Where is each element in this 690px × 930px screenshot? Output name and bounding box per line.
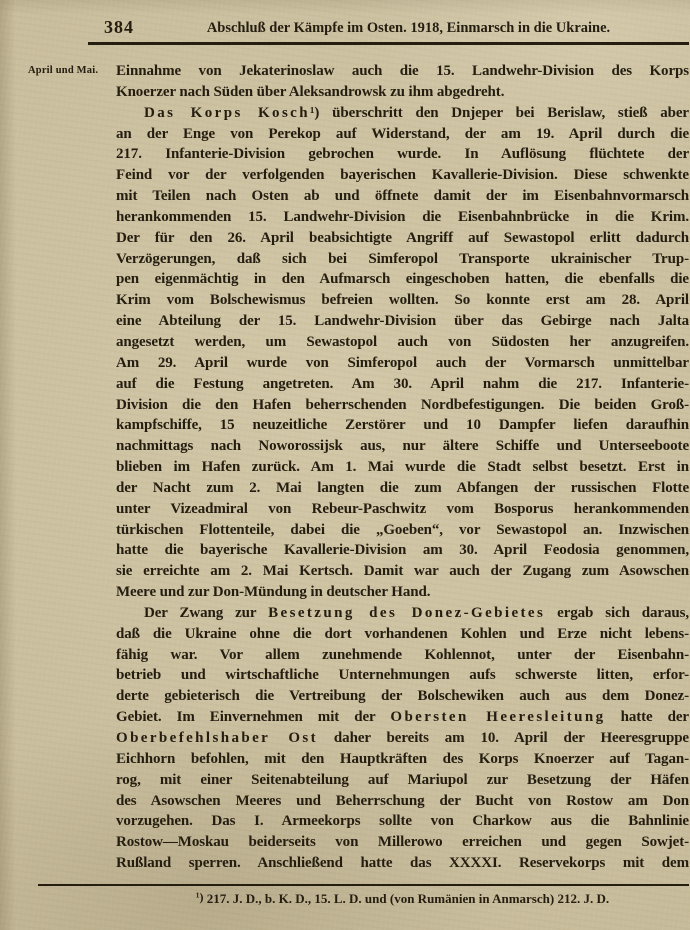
text-line: Eichhorn befohlen, mit den Hauptkräften … — [116, 751, 689, 772]
page-header: 384 Abschluß der Kämpfe im Osten. 1918, … — [88, 17, 689, 41]
text-line: fähig war. Vor allem zunehmende Kohlenno… — [116, 647, 689, 668]
footnote-marker: ¹) — [196, 890, 204, 904]
text-line: Krim vom Bolschewismus befreien wollten.… — [116, 292, 689, 313]
text-line: kampfschiffe, 15 neuzeitliche Zerstörer … — [116, 417, 689, 438]
margin-note: April und Mai. — [28, 65, 118, 76]
emphasized-text: Das Korps Kosch — [144, 105, 310, 121]
text-line: angesetzt werden, um Sewastopol auch von… — [116, 334, 689, 355]
text-line: auf die Festung angetreten. Am 30. April… — [116, 376, 689, 397]
text-line: sie erreichte am 2. Mai Kertsch. Damit w… — [116, 563, 689, 584]
text-line: pen eigenmächtig in den Aufmarsch einges… — [116, 271, 689, 292]
text-line: Rostow—Moskau beiderseits von Millerowo … — [116, 834, 689, 855]
text-line: mit Teilen nach Osten ab und öffnete dam… — [116, 188, 689, 209]
emphasized-text: Oberbefehlshaber Ost — [116, 730, 318, 746]
text-line: Knoerzer nach Süden über Aleksandrowsk z… — [116, 84, 689, 105]
text-line: Meere und zur Don-Mündung in deutscher H… — [116, 584, 689, 605]
emphasized-text: Obersten Heeresleitung — [390, 709, 605, 725]
footnote-text: 217. J. D., b. K. D., 15. L. D. und (von… — [207, 891, 609, 906]
text-line: unter Vizeadmiral von Rebeur-Paschwitz v… — [116, 501, 689, 522]
text-line: Das Korps Kosch¹) überschritt den Dnjepe… — [116, 105, 689, 126]
text-line: herankommenden 15. Landwehr-Division die… — [116, 209, 689, 230]
running-header: Abschluß der Kämpfe im Osten. 1918, Einm… — [148, 20, 669, 37]
text-line: betrieb und wirtschaftliche Unternehmung… — [116, 667, 689, 688]
text-line: Der für den 26. April beabsichtigte Angr… — [116, 230, 689, 251]
text-line: daß die Ukraine ohne die dort vorhandene… — [116, 626, 689, 647]
text-line: Verzögerungen, daß sich bei Simferopol T… — [116, 251, 689, 272]
text-line: Rußland sperren. Anschließend hatte das … — [116, 855, 689, 876]
footnote-rule — [38, 884, 689, 886]
book-page: 384 Abschluß der Kämpfe im Osten. 1918, … — [0, 0, 690, 930]
text-line: blieben im Hafen zurück. Am 1. Mai wurde… — [116, 459, 689, 480]
text-line: an der Enge von Perekop auf Widerstand, … — [116, 126, 689, 147]
header-rule — [88, 42, 689, 45]
text-line: Am 29. April wurde von Simferopol auch d… — [116, 355, 689, 376]
page-number: 384 — [104, 17, 134, 38]
body-text: Einnahme von Jekaterinoslaw auch die 15.… — [116, 63, 689, 876]
emphasized-text: Besetzung des Donez-Gebietes — [268, 605, 545, 621]
text-line: Der Zwang zur Besetzung des Donez-Gebiet… — [116, 605, 689, 626]
text-line: rog, mit einer Seitenabteilung auf Mariu… — [116, 772, 689, 793]
footnote: ¹) 217. J. D., b. K. D., 15. L. D. und (… — [116, 890, 689, 907]
text-line: der Nacht zum 2. Mai langten die zum Abf… — [116, 480, 689, 501]
text-line: vorzugehen. Das I. Armeekorps sollte von… — [116, 813, 689, 834]
text-line: Feind vor der verfolgenden bayerischen K… — [116, 167, 689, 188]
text-line: nachmittags nach Noworossijsk aus, nur ä… — [116, 438, 689, 459]
text-line: Division die den Hafen beherrschenden No… — [116, 397, 689, 418]
text-line: des Asowschen Meeres und Beherrschung de… — [116, 793, 689, 814]
text-line: eine Abteilung der 15. Landwehr-Division… — [116, 313, 689, 334]
text-line: türkischen Flottenteile, dabei die „Goeb… — [116, 522, 689, 543]
text-line: derte gebieterisch die Vertreibung der B… — [116, 688, 689, 709]
text-line: hatte die bayerische Kavallerie-Division… — [116, 542, 689, 563]
text-line: Gebiet. Im Einvernehmen mit der Obersten… — [116, 709, 689, 730]
text-line: 217. Infanterie-Division gebrochen wurde… — [116, 146, 689, 167]
text-line: Oberbefehlshaber Ost daher bereits am 10… — [116, 730, 689, 751]
text-line: Einnahme von Jekaterinoslaw auch die 15.… — [116, 63, 689, 84]
